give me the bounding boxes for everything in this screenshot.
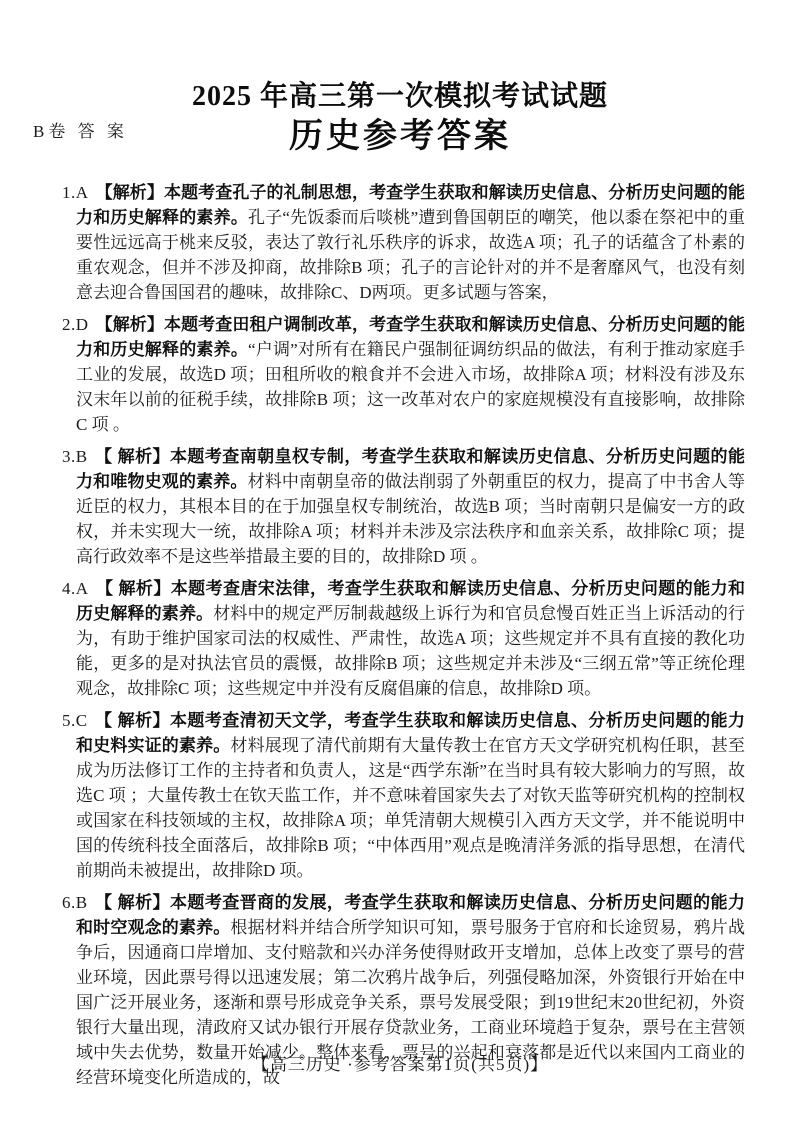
exam-title: 2025 年高三第一次模拟考试试题: [0, 80, 800, 114]
answer-sheet-page: B卷 答 案 2025 年高三第一次模拟考试试题 历史参考答案 1.A【解析】本…: [0, 0, 800, 1124]
page-footer: 【高三历史 ·参考答案第1页(共5页)】: [0, 1050, 800, 1075]
answer-number: 3.B: [62, 447, 88, 466]
answer-number: 6.B: [62, 893, 88, 912]
answer-number: 5.C: [62, 711, 88, 730]
paper-version-label: B卷 答 案: [33, 117, 128, 142]
answer-number: 2.D: [62, 315, 89, 334]
answer-number: 1.A: [62, 183, 89, 202]
answer-item-1: 1.A【解析】本题考查孔子的礼制思想，考查学生获取和解读历史信息、分析历史问题的…: [62, 180, 745, 305]
page-number-label: 【高三历史 ·参考答案第1页(共5页)】: [252, 1055, 548, 1074]
answer-item-4: 4.A【 解析】本题考查唐宋法律，考查学生获取和解读历史信息、分析历史问题的能力…: [62, 576, 745, 701]
answer-item-3: 3.B【 解析】本题考查南朝皇权专制，考查学生获取和解读历史信息、分析历史问题的…: [62, 444, 745, 569]
answer-item-5: 5.C【 解析】本题考查清初天文学，考查学生获取和解读历史信息、分析历史问题的能…: [62, 708, 745, 883]
answer-number: 4.A: [62, 579, 89, 598]
explanation-text: 材料展现了清代前期有大量传教士在官方天文学研究机构任职，甚至成为历法修订工作的主…: [76, 736, 745, 880]
answers-list: 1.A【解析】本题考查孔子的礼制思想，考查学生获取和解读历史信息、分析历史问题的…: [62, 180, 745, 1090]
answer-item-2: 2.D【解析】本题考查田租户调制改革，考查学生获取和解读历史信息、分析历史问题的…: [62, 312, 745, 437]
